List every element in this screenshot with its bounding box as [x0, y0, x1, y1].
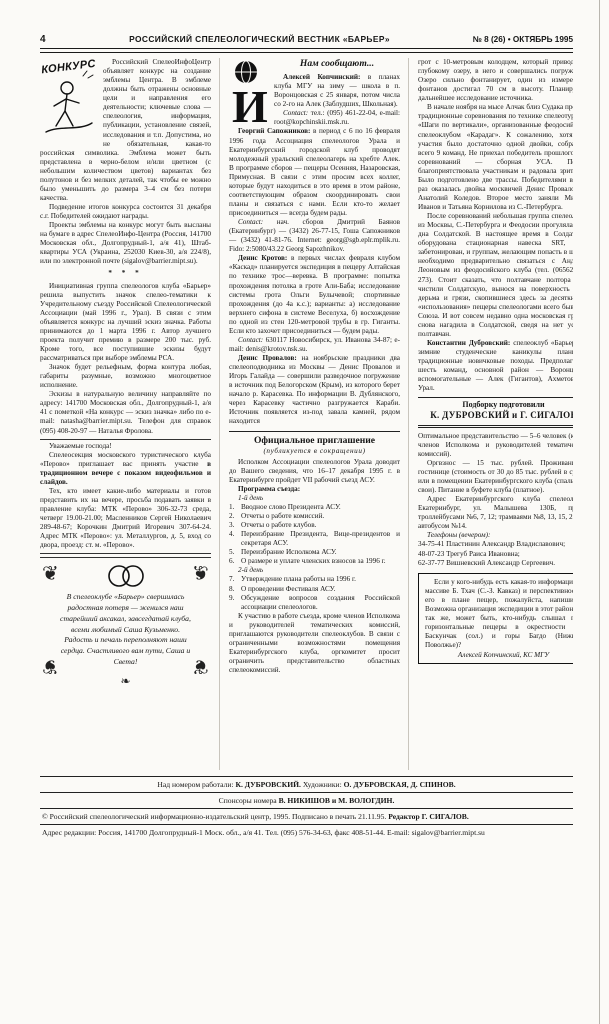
report-entry: Денис Провалов: на ноябрьские праздники …	[229, 354, 400, 427]
contest-illustration: КОНКУРС	[40, 58, 98, 140]
congress-program: Программа съезда: 1-й день Вводное слово…	[229, 485, 400, 612]
wedding-text: В спелеоклубе «Барьер» свершилась радост…	[56, 592, 195, 667]
contact-line: Contact: нач. сборов Дмитрий Баянов (Ека…	[229, 218, 400, 254]
contact-label: Contact:	[283, 109, 308, 117]
phone-entry: 34-75-41 Пластинин Александр Владиславов…	[418, 540, 573, 549]
day-label: 1-й день	[229, 494, 400, 503]
reporter-name: Алексей Копчинский:	[283, 73, 360, 81]
badge-contest-paragraph: Эскизы в натуральную величину направляйт…	[40, 390, 211, 435]
section-separator: * * *	[40, 269, 211, 278]
official-invitation: Официальное приглашение (публикуется в с…	[229, 431, 400, 676]
issue-info: № 8 (26) • ОКТЯБРЬ 1995	[445, 35, 573, 44]
contest-badge-label: КОНКУРС	[41, 58, 98, 76]
artists-names: О. ДУБРОВСКАЯ, Д. СПИНОВ.	[344, 780, 456, 789]
artists-label: Художники:	[303, 780, 342, 789]
section-initial: И	[232, 81, 268, 126]
sponsors-names: В. НИКИШОВ и М. ВОЛОГДИН.	[279, 796, 395, 805]
report-text: в период с 6 по 16 февраля 1996 года Асс…	[229, 127, 400, 217]
column-left: КОНКУРС Российский СпелеоИнфоЦентр объяв…	[40, 58, 220, 770]
editor-credit: Редактор Г. СИГАЛОВ.	[388, 812, 469, 821]
program-item: Переизбрание Президента, Вице-президенто…	[229, 530, 400, 548]
floral-ornament-icon: ❦	[42, 656, 59, 676]
content-columns: КОНКУРС Российский СпелеоИнфоЦентр объяв…	[40, 58, 573, 770]
day-label: 2-й день	[229, 566, 400, 575]
program-item: Утверждение плана работы на 1996 г.	[229, 575, 400, 584]
program-item: Отчеты о работе клубов.	[229, 521, 400, 530]
copyright-text: © Российский спелеологический информацио…	[42, 812, 386, 821]
report-entry: Денис Кротов: в первых числах февраля кл…	[229, 254, 400, 336]
invitation-title: Официальное приглашение	[229, 435, 400, 447]
report-continuation: После соревнований небольшая группа спел…	[418, 212, 573, 339]
floral-ornament-icon: ❦	[192, 656, 209, 676]
report-continuation: В начале ноября на мысе Алчак близ Судак…	[418, 103, 573, 212]
phone-entry: 48-07-23 Трегуб Раиса Ивановна;	[418, 550, 573, 559]
publication-title: РОССИЙСКИЙ СПЕЛЕОЛОГИЧЕСКИЙ ВЕСТНИК «БАР…	[74, 34, 445, 44]
contact-line: Contact: 630117 Новосибирск, ул. Иванова…	[229, 336, 400, 354]
program-item: О размере и уплате членских взносов за 1…	[229, 557, 400, 566]
reporter-name: Георгий Сапожников:	[238, 127, 310, 135]
contact-label: Contact:	[238, 336, 263, 344]
scan-edge-line	[599, 0, 600, 1024]
badge-contest-paragraph: Значок будет рельефным, форма контура лю…	[40, 363, 211, 390]
program-item: Отчеты о работе комиссий.	[229, 512, 400, 521]
address-text: Адрес редакции: Россия, 141700 Долгопруд…	[42, 828, 485, 837]
reporter-name: Денис Провалов:	[238, 354, 297, 362]
column-right: грот с 10-метровым колодцем, который при…	[418, 58, 573, 770]
program-label: Программа съезда:	[229, 485, 400, 494]
invitation-intro: Исполком Ассоциации спелеологов Урала до…	[229, 458, 400, 485]
header-rule	[40, 48, 573, 53]
page-footer: Над номером работали: К. ДУБРОВСКИЙ. Худ…	[40, 776, 573, 840]
page-header: 4 РОССИЙСКИЙ СПЕЛЕОЛОГИЧЕСКИЙ ВЕСТНИК «Б…	[40, 34, 573, 45]
report-entry: Константин Дубровский: спелеоклуб «Барье…	[418, 339, 573, 393]
page-number: 4	[40, 34, 74, 45]
phones-label: Телефоны (вечером):	[418, 531, 573, 540]
byline-names: К. ДУБРОВСКИЙ и Г. СИГАЛОВ	[418, 410, 573, 421]
program-item: Переизбрание Исполкома АСУ.	[229, 548, 400, 557]
contact-label: Contact:	[238, 218, 263, 226]
contest-paragraph: Проекты эмблемы на конкурс могут быть вы…	[40, 221, 211, 266]
badge-contest-paragraph: Инициативная группа спелеологов клуба «Б…	[40, 282, 211, 364]
wedding-announcement-box: ❦ ❦ ❦ ❦ В спелеоклубе «Барьер» свершилас…	[40, 562, 211, 689]
worked-label: Над номером работали:	[157, 780, 233, 789]
sponsors-label: Спонсоры номера	[219, 796, 277, 805]
invitation-subtitle: (публикуется в сокращении)	[229, 447, 400, 456]
reports-illustration: И	[229, 60, 269, 126]
double-rule	[40, 553, 211, 558]
inquiry-text: Если у кого-нибудь есть какая-то информа…	[425, 578, 573, 651]
perovo-announcement: Уважаемые господа! Спелеосекция московск…	[40, 439, 211, 551]
column-middle: И Нам сообщают... Алексей Копчинский: в …	[229, 58, 409, 770]
worked-names: К. ДУБРОВСКИЙ.	[235, 780, 300, 789]
footer-copyright: © Российский спелеологический информацио…	[40, 808, 573, 824]
perovo-greeting: Уважаемые господа!	[40, 442, 211, 451]
report-text: в первых числах февраля клубом «Каскад» …	[229, 254, 400, 335]
reporter-name: Константин Дубровский:	[427, 339, 510, 347]
report-entry: Георгий Сапожников: в период с 6 по 16 ф…	[229, 127, 400, 218]
wedding-rings-icon	[105, 564, 147, 592]
footer-sponsors: Спонсоры номера В. НИКИШОВ и М. ВОЛОГДИН…	[40, 792, 573, 808]
invitation-outro: К участию в работе съезда, кроме членов …	[229, 612, 400, 675]
inquiry-signature: Алексей Копчинский, КС МГУ	[425, 651, 573, 660]
reporter-name: Денис Кротов:	[238, 254, 287, 262]
phone-entry: 62-37-77 Вишневский Александр Сергеевич.	[418, 559, 573, 568]
invitation-continuation: Оптимальное представительство — 5–6 чело…	[418, 432, 573, 459]
flourish-icon: ❧	[120, 673, 130, 690]
program-item: Вводное слово Президента АСУ.	[229, 503, 400, 512]
report-text: на ноябрьские праздники два спелеоподвод…	[229, 354, 400, 425]
perovo-paragraph: Спелеосекция московского туристического …	[40, 451, 211, 487]
newspaper-page: 4 РОССИЙСКИЙ СПЕЛЕОЛОГИЧЕСКИЙ ВЕСТНИК «Б…	[0, 0, 609, 1024]
contest-paragraph: Подведение итогов конкурса состоится 31 …	[40, 203, 211, 221]
report-continuation: грот с 10-метровым колодцем, который при…	[418, 58, 573, 103]
program-item: О проведении Фестиваля АСУ.	[229, 585, 400, 594]
inquiry-box: Если у кого-нибудь есть какая-то информа…	[418, 573, 573, 665]
invitation-continuation: Оргвзнос — 15 тыс. рублей. Проживание в …	[418, 459, 573, 495]
floral-ornament-icon: ❦	[42, 564, 59, 584]
perovo-paragraph: Тех, кто имеет какие-либо материалы и го…	[40, 487, 211, 550]
globe-icon: И	[229, 60, 269, 126]
contest-doodle-icon: КОНКУРС	[40, 58, 98, 140]
footer-credits: Над номером работали: К. ДУБРОВСКИЙ. Худ…	[40, 776, 573, 792]
program-item: Обсуждение вопросов создания Российской …	[229, 594, 400, 612]
byline-box: Подборку подготовили К. ДУБРОВСКИЙ и Г. …	[418, 397, 573, 427]
floral-ornament-icon: ❦	[192, 564, 209, 584]
reports-heading: Нам сообщают...	[273, 58, 400, 70]
byline-label: Подборку подготовили	[418, 400, 573, 410]
footer-address: Адрес редакции: Россия, 141700 Долгопруд…	[40, 824, 573, 840]
invitation-continuation: Адрес Екатеринбургского клуба спелеолого…	[418, 495, 573, 531]
perovo-invite-text: Спелеосекция московского туристического …	[40, 451, 211, 468]
